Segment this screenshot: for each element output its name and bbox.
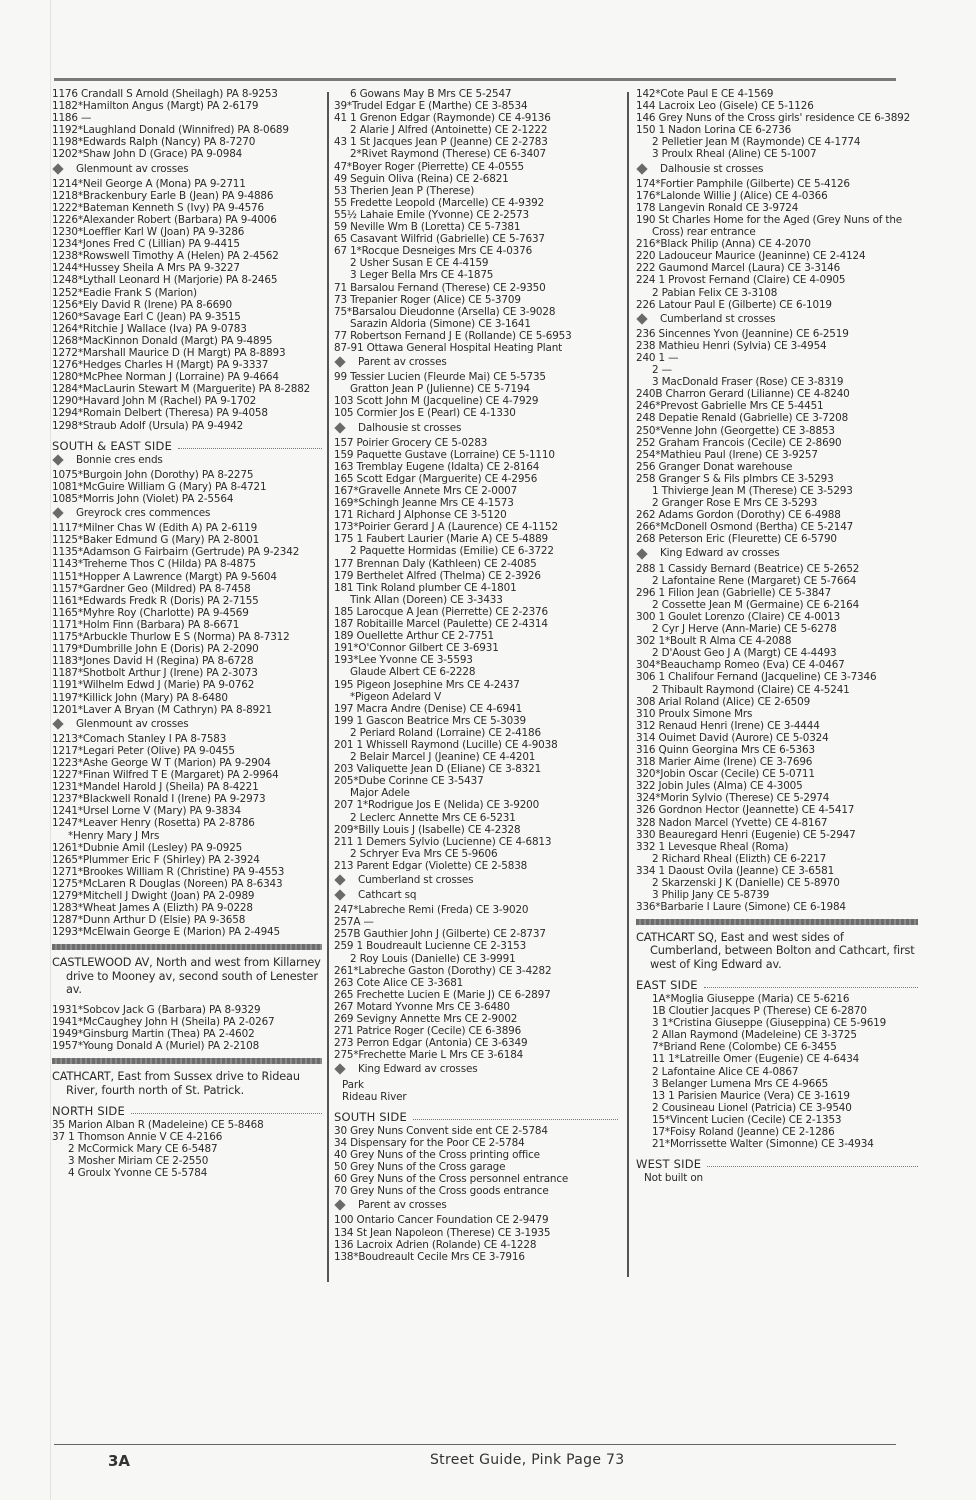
directory-entry: 213 Parent Edgar (Violette) CE 2-5838 (334, 860, 618, 872)
directory-entry: 197 Macra Andre (Denise) CE 4-6941 (334, 703, 618, 715)
directory-sub-entry: 3 MacDonald Fraser (Rose) CE 3-8319 (636, 376, 918, 388)
directory-entry: 1075*Burgoin John (Dorothy) PA 8-2275 (52, 469, 322, 481)
directory-entry: 1135*Adamson G Fairbairn (Gertrude) PA 9… (52, 546, 322, 558)
directory-sub-entry: 15*Vincent Lucien (Cecile) CE 2-1353 (636, 1114, 918, 1126)
directory-entry: 296 1 Filion Jean (Gabrielle) CE 5-3847 (636, 587, 918, 599)
directory-entry: 254*Mathieu Paul (Irene) CE 3-9257 (636, 449, 918, 461)
directory-entry: 330 Beauregard Henri (Eugenie) CE 5-2947 (636, 829, 918, 841)
side-heading: SOUTH SIDE (334, 1111, 618, 1123)
section-separator-bar (52, 1058, 322, 1064)
directory-entry: 1202*Shaw John D (Grace) PA 9-0984 (52, 148, 322, 160)
directory-entry: 1197*Killick John (Mary) PA 8-6480 (52, 692, 322, 704)
directory-sub-entry: Tink Allan (Doreen) CE 3-3433 (334, 594, 618, 606)
street-heading: CASTLEWOOD AV, North and west from Killa… (52, 956, 322, 996)
directory-entry: 306 1 Chalifour Fernand (Jacqueline) CE … (636, 671, 918, 683)
directory-entry: 247*Labreche Remi (Freda) CE 3-9020 (334, 904, 618, 916)
directory-entry: 1290*Havard John M (Rachel) PA 9-1702 (52, 395, 322, 407)
directory-entry: 1247*Leaver Henry (Rosetta) PA 2-8786 (52, 817, 322, 829)
directory-entry: 1271*Brookes William R (Christine) PA 9-… (52, 866, 322, 878)
directory-entry: 222 Gaumond Marcel (Laura) CE 3-3146 (636, 262, 918, 274)
directory-entry: 207 1*Rodrigue Jos E (Nelida) CE 3-9200 (334, 799, 618, 811)
directory-entry: 226 Latour Paul E (Gilberte) CE 6-1019 (636, 299, 918, 311)
cross-street-marker: King Edward av crosses (636, 547, 918, 559)
directory-entry: 238 Mathieu Henri (Sylvia) CE 3-4954 (636, 340, 918, 352)
directory-entry: 150 1 Nadon Lorina CE 6-2736 (636, 124, 918, 136)
directory-entry: 1230*Loeffler Karl W (Joan) PA 9-3286 (52, 226, 322, 238)
cross-street-marker: Glenmount av crosses (52, 163, 322, 175)
directory-entry: 1161*Edwards Fredk R (Doris) PA 2-7155 (52, 595, 322, 607)
directory-entry: 216*Black Philip (Anna) CE 4-2070 (636, 238, 918, 250)
directory-sub-entry: 2 Skarzenski J K (Danielle) CE 5-8970 (636, 877, 918, 889)
cross-street-marker: Parent av crosses (334, 1199, 618, 1211)
directory-entry: 1231*Mandel Harold J (Sheila) PA 8-4221 (52, 781, 322, 793)
directory-sub-entry: 21*Morrissette Walter (Simonne) CE 3-493… (636, 1138, 918, 1150)
directory-sub-entry: 2 Paquette Hormidas (Emilie) CE 6-3722 (334, 545, 618, 557)
directory-entry: 1081*McGuire William G (Mary) PA 8-4721 (52, 481, 322, 493)
directory-entry: 67 1*Rocque Desneiges Mrs CE 4-0376 (334, 245, 618, 257)
directory-sub-entry: 2 Belair Marcel J (Jeanine) CE 4-4201 (334, 751, 618, 763)
directory-sub-entry: 3 1*Cristina Giuseppe (Giuseppina) CE 5-… (636, 1017, 918, 1029)
directory-entry: 187 Robitaille Marcel (Paulette) CE 2-43… (334, 618, 618, 630)
directory-entry: 252 Graham Francois (Cecile) CE 2-8690 (636, 437, 918, 449)
directory-entry: 273 Perron Edgar (Antonia) CE 3-6349 (334, 1037, 618, 1049)
bottom-rule (54, 1444, 896, 1445)
directory-entry: 336*Barbarie I Laure (Simone) CE 6-1984 (636, 901, 918, 913)
column-2: 6 Gowans May B Mrs CE 5-254739*Trudel Ed… (334, 88, 618, 1263)
directory-entry: 1264*Ritchie J Wallace (Iva) PA 9-0783 (52, 323, 322, 335)
diamond-icon (334, 874, 345, 885)
cross-street-label: Cathcart sq (358, 889, 416, 901)
directory-entry: 310 Proulx Simone Mrs (636, 708, 918, 720)
directory-entry: 1237*Blackwell Ronald I (Irene) PA 9-297… (52, 793, 322, 805)
cross-street-marker: Parent av crosses (334, 356, 618, 368)
directory-entry: 157 Poirier Grocery CE 5-0283 (334, 437, 618, 449)
directory-entry: 50 Grey Nuns of the Cross garage (334, 1161, 618, 1173)
directory-entry: 258 Granger S & Fils plmbrs CE 3-5293 (636, 473, 918, 485)
directory-entry: 175 1 Faubert Laurier (Marie A) CE 5-488… (334, 533, 618, 545)
column-divider (627, 92, 629, 1277)
column-1: 1176 Crandall S Arnold (Sheilagh) PA 8-9… (52, 88, 322, 1179)
directory-sub-entry: 17*Foisy Roland (Jeanne) CE 2-1286 (636, 1126, 918, 1138)
section-separator-bar (636, 919, 918, 925)
diamond-icon (334, 422, 345, 433)
directory-sub-entry: 2 Granger Rose E Mrs CE 3-5293 (636, 497, 918, 509)
directory-entry: 1265*Plummer Eric F (Shirley) PA 2-3924 (52, 854, 322, 866)
directory-entry: 178 Langevin Ronald CE 3-9724 (636, 202, 918, 214)
directory-entry: 205*Dube Corinne CE 3-5437 (334, 775, 618, 787)
directory-entry: 1176 Crandall S Arnold (Sheilagh) PA 8-9… (52, 88, 322, 100)
directory-sub-entry: 2 Cousineau Lionel (Patricia) CE 3-9540 (636, 1102, 918, 1114)
directory-entry: 1222*Bateman Kenneth S (Ivy) PA 9-4576 (52, 202, 322, 214)
directory-entry: 174*Fortier Pamphile (Gilberte) CE 5-412… (636, 178, 918, 190)
directory-entry: 268 Peterson Eric (Fleurette) CE 6-5790 (636, 533, 918, 545)
page-code: 3A (108, 1452, 130, 1470)
diamond-icon (52, 718, 63, 729)
directory-sub-entry: 2 Thibault Raymond (Claire) CE 4-5241 (636, 684, 918, 696)
directory-entry: 47*Boyer Roger (Pierrette) CE 4-0555 (334, 161, 618, 173)
directory-entry: 142*Cote Paul E CE 4-1569 (636, 88, 918, 100)
directory-entry: 1260*Savage Earl C (Jean) PA 9-3515 (52, 311, 322, 323)
page-title: Street Guide, Pink Page 73 (430, 1452, 624, 1468)
cross-street-label: King Edward av crosses (660, 547, 779, 559)
directory-entry: 165 Scott Edgar (Marguerite) CE 4-2956 (334, 473, 618, 485)
directory-entry: 65 Casavant Wilfrid (Gabrielle) CE 5-763… (334, 233, 618, 245)
directory-entry: 177 Brennan Daly (Kathleen) CE 2-4085 (334, 558, 618, 570)
directory-note: Rideau River (334, 1091, 618, 1103)
directory-entry: 209*Billy Louis J (Isabelle) CE 4-2328 (334, 824, 618, 836)
leader-dots (413, 1111, 618, 1120)
directory-entry: 77 Robertson Fernand J E (Rollande) CE 5… (334, 330, 618, 342)
street-heading: CATHCART, East from Sussex drive to Ride… (52, 1070, 322, 1096)
directory-sub-entry: 2 — (636, 364, 918, 376)
side-heading-label: WEST SIDE (636, 1158, 701, 1170)
directory-entry: 1287*Dunn Arthur D (Elsie) PA 9-3658 (52, 914, 322, 926)
directory-entry: 179 Berthelet Alfred (Thelma) CE 2-3926 (334, 570, 618, 582)
directory-entry: 193*Lee Yvonne CE 3-5593 (334, 654, 618, 666)
directory-sub-entry: 2 Periard Roland (Lorraine) CE 2-4186 (334, 727, 618, 739)
directory-entry: 1125*Baker Edmund G (Mary) PA 2-8001 (52, 534, 322, 546)
directory-entry: 275*Frechette Marie L Mrs CE 3-6184 (334, 1049, 618, 1061)
directory-entry: 30 Grey Nuns Convent side ent CE 2-5784 (334, 1125, 618, 1137)
directory-entry: 267 Motard Yvonne Mrs CE 3-6480 (334, 1001, 618, 1013)
side-heading: NORTH SIDE (52, 1105, 322, 1117)
side-heading-label: SOUTH & EAST SIDE (52, 440, 172, 452)
directory-entry: 35 Marion Alban R (Madeleine) CE 5-8468 (52, 1119, 322, 1131)
directory-entry: 248 Depatie Renald (Gabrielle) CE 3-7208 (636, 412, 918, 424)
leader-dots (131, 1105, 322, 1114)
directory-entry: 1931*Sobcov Jack G (Barbara) PA 8-9329 (52, 1004, 322, 1016)
directory-sub-entry: 2 Richard Rheal (Elizth) CE 6-2217 (636, 853, 918, 865)
side-heading: SOUTH & EAST SIDE (52, 440, 322, 452)
directory-entry: 257B Gauthier John J (Gilberte) CE 2-873… (334, 928, 618, 940)
directory-entry: 190 St Charles Home for the Aged (Grey N… (636, 214, 918, 238)
directory-sub-entry: 2 Lafontaine Alice CE 4-0867 (636, 1066, 918, 1078)
directory-entry: 176*Lalonde Willie J (Alice) CE 4-0366 (636, 190, 918, 202)
cross-street-label: Bonnie cres ends (76, 454, 163, 466)
directory-sub-entry: 6 Gowans May B Mrs CE 5-2547 (334, 88, 618, 100)
cross-street-marker: Bonnie cres ends (52, 454, 322, 466)
directory-entry: 1248*Lythall Leonard H (Marjorie) PA 8-2… (52, 274, 322, 286)
top-rule (54, 78, 896, 81)
directory-sub-entry: 2*Rivet Raymond (Therese) CE 6-3407 (334, 148, 618, 160)
cross-street-label: Dalhousie st crosses (358, 422, 461, 434)
directory-sub-entry: Major Adele (334, 787, 618, 799)
directory-sub-entry: 1A*Moglia Giuseppe (Maria) CE 5-6216 (636, 993, 918, 1005)
cross-street-label: Glenmount av crosses (76, 718, 189, 730)
directory-sub-entry: *Pigeon Adelard V (334, 691, 618, 703)
directory-sub-entry: 3 Belanger Lumena Mrs CE 4-9665 (636, 1078, 918, 1090)
side-heading-label: NORTH SIDE (52, 1105, 125, 1117)
directory-entry: 265 Frechette Lucien E (Marie J) CE 6-28… (334, 989, 618, 1001)
directory-entry: 1182*Hamilton Angus (Margt) PA 2-6179 (52, 100, 322, 112)
cross-street-marker: Cumberland st crosses (334, 874, 618, 886)
directory-entry: 70 Grey Nuns of the Cross goods entrance (334, 1185, 618, 1197)
directory-entry: 39*Trudel Edgar E (Marthe) CE 3-8534 (334, 100, 618, 112)
leader-dots (707, 1158, 918, 1167)
directory-entry: 211 1 Demers Sylvio (Lucienne) CE 4-6813 (334, 836, 618, 848)
directory-entry: 1213*Comach Stanley I PA 8-7583 (52, 733, 322, 745)
directory-entry: 59 Neville Wm B (Loretta) CE 5-7381 (334, 221, 618, 233)
directory-entry: 308 Arial Roland (Alice) CE 2-6509 (636, 696, 918, 708)
directory-entry: 1085*Morris John (Violet) PA 2-5564 (52, 493, 322, 505)
directory-entry: 41 1 Grenon Edgar (Raymonde) CE 4-9136 (334, 112, 618, 124)
directory-sub-entry: 2 Pelletier Jean M (Raymonde) CE 4-1774 (636, 136, 918, 148)
directory-entry: 259 1 Boudreault Lucienne CE 2-3153 (334, 940, 618, 952)
directory-sub-entry: 2 Leclerc Annette Mrs CE 6-5231 (334, 812, 618, 824)
directory-entry: 304*Beauchamp Romeo (Eva) CE 4-0467 (636, 659, 918, 671)
directory-entry: 1238*Rowswell Timothy A (Helen) PA 2-456… (52, 250, 322, 262)
diamond-icon (334, 356, 345, 367)
directory-entry: 1298*Straub Adolf (Ursula) PA 9-4942 (52, 420, 322, 432)
directory-entry: 1218*Brackenbury Earle B (Jean) PA 9-488… (52, 190, 322, 202)
directory-entry: 1283*Wheat James A (Elizth) PA 9-0228 (52, 902, 322, 914)
directory-entry: 263 Cote Alice CE 3-3681 (334, 977, 618, 989)
cross-street-label: Glenmount av crosses (76, 163, 189, 175)
directory-entry: 146 Grey Nuns of the Cross girls' reside… (636, 112, 918, 124)
directory-entry: 1157*Gardner Geo (Mildred) PA 8-7458 (52, 583, 322, 595)
directory-sub-entry: 1B Cloutier Jacques P (Therese) CE 6-287… (636, 1005, 918, 1017)
directory-entry: 1192*Laughland Donald (Winnifred) PA 8-0… (52, 124, 322, 136)
directory-entry: 100 Ontario Cancer Foundation CE 2-9479 (334, 1214, 618, 1226)
directory-note: Not built on (636, 1172, 918, 1184)
directory-sub-entry: 2 Usher Susan E CE 4-4159 (334, 257, 618, 269)
directory-sub-entry: 2 Pabian Felix CE 3-3108 (636, 287, 918, 299)
directory-entry: 320*Jobin Oscar (Cecile) CE 5-0711 (636, 768, 918, 780)
directory-entry: 1183*Jones David H (Regina) PA 8-6728 (52, 655, 322, 667)
directory-entry: 314 Ouimet David (Aurore) CE 5-0324 (636, 732, 918, 744)
cross-street-label: Parent av crosses (358, 356, 447, 368)
street-heading: CATHCART SQ, East and west sides of Cumb… (636, 931, 918, 971)
directory-entry: 73 Trepanier Roger (Alice) CE 5-3709 (334, 294, 618, 306)
directory-entry: 256 Granger Donat warehouse (636, 461, 918, 473)
directory-sub-entry: 2 Allan Raymond (Madeleine) CE 3-3725 (636, 1029, 918, 1041)
directory-entry: 1227*Finan Wilfred T E (Margaret) PA 2-9… (52, 769, 322, 781)
directory-entry: 1217*Legari Peter (Olive) PA 9-0455 (52, 745, 322, 757)
directory-entry: 1187*Shotbolt Arthur J (Irene) PA 2-3073 (52, 667, 322, 679)
directory-entry: 134 St Jean Napoleon (Therese) CE 3-1935 (334, 1227, 618, 1239)
directory-sub-entry: 11 1*Latreille Omer (Eugenie) CE 4-6434 (636, 1053, 918, 1065)
diamond-icon (636, 548, 647, 559)
directory-entry: 99 Tessier Lucien (Fleurde Mai) CE 5-573… (334, 371, 618, 383)
directory-sub-entry: Sarazin Aldoria (Simone) CE 3-1641 (334, 318, 618, 330)
column-3: 142*Cote Paul E CE 4-1569144 Lacroix Leo… (636, 88, 918, 1184)
directory-entry: 53 Therien Jean P (Therese) (334, 185, 618, 197)
directory-entry: 169*Schingh Jeanne Mrs CE 4-1573 (334, 497, 618, 509)
diamond-icon (334, 1064, 345, 1075)
directory-entry: 266*McDonell Osmond (Bertha) CE 5-2147 (636, 521, 918, 533)
directory-entry: 322 Jobin Jules (Alma) CE 4-3005 (636, 780, 918, 792)
directory-entry: 34 Dispensary for the Poor CE 2-5784 (334, 1137, 618, 1149)
directory-entry: 136 Lacroix Adrien (Rolande) CE 4-1228 (334, 1239, 618, 1251)
directory-sub-entry: 3 Proulx Rheal (Aline) CE 5-1007 (636, 148, 918, 160)
directory-sub-entry: 2 Cossette Jean M (Germaine) CE 6-2164 (636, 599, 918, 611)
directory-entry: 37 1 Thomson Annie V CE 4-2166 (52, 1131, 322, 1143)
directory-entry: 269 Sevigny Annette Mrs CE 2-9002 (334, 1013, 618, 1025)
directory-entry: 163 Tremblay Eugene (Idalta) CE 2-8164 (334, 461, 618, 473)
directory-sub-entry: 1 Thivierge Jean M (Therese) CE 3-5293 (636, 485, 918, 497)
directory-entry: 271 Patrice Roger (Cecile) CE 6-3896 (334, 1025, 618, 1037)
directory-entry: 55½ Lahaie Emile (Yvonne) CE 2-2573 (334, 209, 618, 221)
cross-street-marker: King Edward av crosses (334, 1063, 618, 1075)
directory-entry: 1226*Alexander Robert (Barbara) PA 9-400… (52, 214, 322, 226)
directory-entry: 1252*Eadie Frank S (Marion) (52, 287, 322, 299)
directory-entry: 49 Seguin Oliva (Reina) CE 2-6821 (334, 173, 618, 185)
page-binding-line (50, 0, 51, 1500)
diamond-icon (52, 163, 63, 174)
directory-sub-entry: 2 Schryer Eva Mrs CE 5-9606 (334, 848, 618, 860)
cross-street-label: Parent av crosses (358, 1199, 447, 1211)
directory-entry: 75*Barsalou Dieudonne (Arsella) CE 3-902… (334, 306, 618, 318)
directory-entry: 334 1 Daoust Ovila (Jeanne) CE 3-6581 (636, 865, 918, 877)
directory-entry: 138*Boudreault Cecile Mrs CE 3-7916 (334, 1251, 618, 1263)
directory-entry: 203 Valiquette Jean D (Eliane) CE 3-8321 (334, 763, 618, 775)
cross-street-marker: Dalhousie st crosses (636, 163, 918, 175)
directory-entry: 1280*McPhee Norman J (Lorraine) PA 9-466… (52, 371, 322, 383)
directory-entry: 246*Prevost Gabrielle Mrs CE 5-4451 (636, 400, 918, 412)
directory-entry: 60 Grey Nuns of the Cross personnel entr… (334, 1173, 618, 1185)
directory-entry: 159 Paquette Gustave (Lorraine) CE 5-111… (334, 449, 618, 461)
directory-entry: 71 Barsalou Fernand (Therese) CE 2-9350 (334, 282, 618, 294)
directory-entry: 1198*Edwards Ralph (Nancy) PA 8-7270 (52, 136, 322, 148)
directory-sub-entry: 2 D'Aoust Geo J A (Margt) CE 4-4493 (636, 647, 918, 659)
directory-sub-entry: 3 Philip Jany CE 5-8739 (636, 889, 918, 901)
directory-entry: 328 Nadon Marcel (Yvette) CE 4-8167 (636, 817, 918, 829)
diamond-icon (334, 889, 345, 900)
directory-sub-entry: 3 Mosher Miriam CE 2-2550 (52, 1155, 322, 1167)
directory-entry: 288 1 Cassidy Bernard (Beatrice) CE 5-26… (636, 563, 918, 575)
directory-sub-entry: 13 1 Parisien Maurice (Vera) CE 3-1619 (636, 1090, 918, 1102)
directory-entry: 318 Marier Aime (Irene) CE 3-7696 (636, 756, 918, 768)
directory-entry: 55 Fredette Leopold (Marcelle) CE 4-9392 (334, 197, 618, 209)
directory-entry: 1151*Hopper A Lawrence (Margt) PA 9-5604 (52, 571, 322, 583)
directory-entry: 173*Poirier Gerard J A (Laurence) CE 4-1… (334, 521, 618, 533)
directory-entry: 1117*Milner Chas W (Edith A) PA 2-6119 (52, 522, 322, 534)
cross-street-label: King Edward av crosses (358, 1063, 477, 1075)
directory-entry: 261*Labreche Gaston (Dorothy) CE 3-4282 (334, 965, 618, 977)
directory-entry: 1241*Ursel Lorne V (Mary) PA 9-3834 (52, 805, 322, 817)
cross-street-marker: Glenmount av crosses (52, 718, 322, 730)
directory-entry: 1256*Ely David R (Irene) PA 8-6690 (52, 299, 322, 311)
directory-entry: 199 1 Gascon Beatrice Mrs CE 5-3039 (334, 715, 618, 727)
directory-sub-entry: 3 Leger Bella Mrs CE 4-1875 (334, 269, 618, 281)
directory-entry: 302 1*Boult R Alma CE 4-2088 (636, 635, 918, 647)
directory-sub-entry: 2 Lafontaine Rene (Margaret) CE 5-7664 (636, 575, 918, 587)
directory-entry: 195 Pigeon Josephine Mrs CE 4-2437 (334, 679, 618, 691)
directory-entry: 316 Quinn Georgina Mrs CE 6-5363 (636, 744, 918, 756)
directory-entry: 171 Richard J Alphonse CE 3-5120 (334, 509, 618, 521)
directory-entry: 167*Gravelle Annete Mrs CE 2-0007 (334, 485, 618, 497)
directory-entry: 257A — (334, 916, 618, 928)
side-heading-label: EAST SIDE (636, 979, 698, 991)
directory-entry: 1272*Marshall Maurice D (H Margt) PA 8-8… (52, 347, 322, 359)
directory-sub-entry: 2 McCormick Mary CE 6-5487 (52, 1143, 322, 1155)
cross-street-marker: Cumberland st crosses (636, 313, 918, 325)
cross-street-label: Dalhousie st crosses (660, 163, 763, 175)
directory-entry: 1214*Neil George A (Mona) PA 9-2711 (52, 178, 322, 190)
cross-street-label: Cumberland st crosses (660, 313, 775, 325)
directory-entry: 250*Venne John (Georgette) CE 3-8853 (636, 425, 918, 437)
side-heading: EAST SIDE (636, 979, 918, 991)
directory-entry: 1223*Ashe George W T (Marion) PA 9-2904 (52, 757, 322, 769)
directory-entry: 332 1 Levesque Rheal (Roma) (636, 841, 918, 853)
directory-entry: 1941*McCaughey John H (Sheila) PA 2-0267 (52, 1016, 322, 1028)
directory-sub-entry: 7*Briand Rene (Colombe) CE 6-3455 (636, 1041, 918, 1053)
directory-entry: 40 Grey Nuns of the Cross printing offic… (334, 1149, 618, 1161)
directory-entry: 236 Sincennes Yvon (Jeannine) CE 6-2519 (636, 328, 918, 340)
directory-entry: 103 Scott John M (Jacqueline) CE 4-7929 (334, 395, 618, 407)
directory-entry: 189 Ouellette Arthur CE 2-7751 (334, 630, 618, 642)
leader-dots (178, 440, 322, 449)
directory-entry: 240 1 — (636, 352, 918, 364)
directory-entry: 1201*Laver A Bryan (M Cathryn) PA 8-8921 (52, 704, 322, 716)
directory-sub-entry: 2 Alarie J Alfred (Antoinette) CE 2-1222 (334, 124, 618, 136)
directory-entry: 185 Larocque A Jean (Pierrette) CE 2-237… (334, 606, 618, 618)
diamond-icon (52, 507, 63, 518)
directory-note: Park (334, 1079, 618, 1091)
directory-entry: 220 Ladouceur Maurice (Jeaninne) CE 2-41… (636, 250, 918, 262)
directory-sub-entry: *Henry Mary J Mrs (52, 830, 322, 842)
cross-street-marker: Cathcart sq (334, 889, 618, 901)
cross-street-label: Greyrock cres commences (76, 507, 210, 519)
directory-entry: 1275*McLaren R Douglas (Noreen) PA 8-634… (52, 878, 322, 890)
directory-entry: 312 Renaud Henri (Irene) CE 3-4444 (636, 720, 918, 732)
directory-entry: 1143*Treherne Thos C (Hilda) PA 8-4875 (52, 558, 322, 570)
cross-street-marker: Greyrock cres commences (52, 507, 322, 519)
directory-entry: 181 Tink Roland plumber CE 4-1801 (334, 582, 618, 594)
directory-entry: 1179*Dumbrille John E (Doris) PA 2-2090 (52, 643, 322, 655)
directory-sub-entry: 4 Groulx Yvonne CE 5-5784 (52, 1167, 322, 1179)
directory-entry: 1949*Ginsburg Martin (Thea) PA 2-4602 (52, 1028, 322, 1040)
directory-sub-entry: Glaude Albert CE 6-2228 (334, 666, 618, 678)
directory-entry: 1957*Young Donald A (Muriel) PA 2-2108 (52, 1040, 322, 1052)
directory-sub-entry: 2 Cyr J Herve (Ann-Marie) CE 5-6278 (636, 623, 918, 635)
side-heading-label: SOUTH SIDE (334, 1111, 407, 1123)
directory-entry: 1171*Holm Finn (Barbara) PA 8-6671 (52, 619, 322, 631)
directory-entry: 1284*MacLaurin Stewart M (Marguerite) PA… (52, 383, 322, 395)
directory-entry: 87-91 Ottawa General Hospital Heating Pl… (334, 342, 618, 354)
directory-entry: 1234*Jones Fred C (Lillian) PA 9-4415 (52, 238, 322, 250)
directory-sub-entry: 2 Roy Louis (Danielle) CE 3-9991 (334, 953, 618, 965)
directory-entry: 1191*Wilhelm Edwd J (Marie) PA 9-0762 (52, 679, 322, 691)
section-separator-bar (52, 944, 322, 950)
directory-entry: 1294*Romain Delbert (Theresa) PA 9-4058 (52, 407, 322, 419)
side-heading: WEST SIDE (636, 1158, 918, 1170)
diamond-icon (636, 313, 647, 324)
directory-entry: 105 Cormier Jos E (Pearl) CE 4-1330 (334, 407, 618, 419)
directory-entry: 1276*Hedges Charles H (Margt) PA 9-3337 (52, 359, 322, 371)
cross-street-label: Cumberland st crosses (358, 874, 473, 886)
cross-street-marker: Dalhousie st crosses (334, 422, 618, 434)
directory-entry: 1279*Mitchell J Dwight (Joan) PA 2-0989 (52, 890, 322, 902)
directory-entry: 326 Gordnon Hector (Jeannette) CE 4-5417 (636, 804, 918, 816)
diamond-icon (52, 454, 63, 465)
directory-entry: 201 1 Whissell Raymond (Lucille) CE 4-90… (334, 739, 618, 751)
directory-entry: 1268*MacKinnon Donald (Margt) PA 9-4895 (52, 335, 322, 347)
directory-entry: 240B Charron Gerard (Lilianne) CE 4-8240 (636, 388, 918, 400)
directory-entry: 191*O'Connor Gilbert CE 3-6931 (334, 642, 618, 654)
directory-entry: 1175*Arbuckle Thurlow E S (Norma) PA 8-7… (52, 631, 322, 643)
directory-entry: 144 Lacroix Leo (Gisele) CE 5-1126 (636, 100, 918, 112)
directory-entry: 1261*Dubnie Amil (Lesley) PA 9-0925 (52, 842, 322, 854)
directory-entry: 1186 — (52, 112, 322, 124)
directory-entry: 324*Morin Sylvio (Therese) CE 5-2974 (636, 792, 918, 804)
directory-entry: 1165*Myhre Roy (Charlotte) PA 9-4569 (52, 607, 322, 619)
directory-entry: 300 1 Goulet Lorenzo (Claire) CE 4-0013 (636, 611, 918, 623)
directory-entry: 224 1 Provost Fernand (Claire) CE 4-0905 (636, 274, 918, 286)
diamond-icon (636, 163, 647, 174)
leader-dots (704, 979, 918, 988)
directory-sub-entry: Gratton Jean P (Julienne) CE 5-7194 (334, 383, 618, 395)
